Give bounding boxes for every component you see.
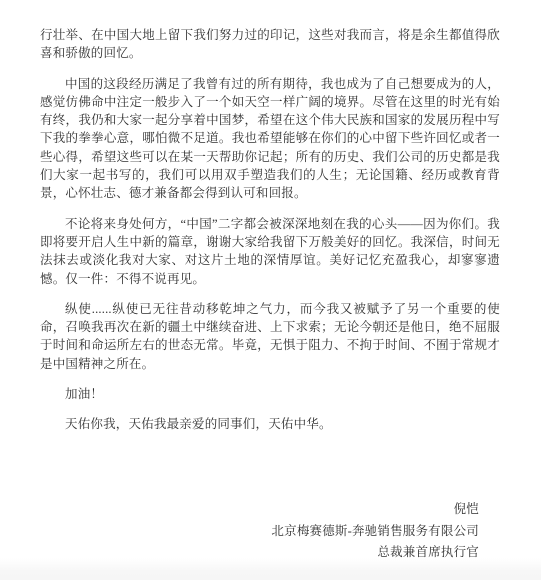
page-bottom-shading bbox=[0, 558, 541, 580]
letter-body: 行壮举、在中国大地上留下我们努力过的印记，这些对我而言，将是余生都值得欣喜和骄傲… bbox=[40, 26, 500, 446]
letter-page: 行壮举、在中国大地上留下我们努力过的印记，这些对我而言，将是余生都值得欣喜和骄傲… bbox=[0, 0, 541, 580]
paragraph-blessing: 天佑你我，天佑我最亲爱的同事们，天佑中华。 bbox=[40, 415, 500, 433]
paragraph-farewell: 不论将来身处何方，“中国”二字都会被深深地刻在我的心头——因为你们。我即将要开启… bbox=[40, 215, 500, 288]
paragraph-china-experience: 中国的这段经历满足了我曾有过的所有期待，我也成为了自己想要成为的人，感觉仿佛命中… bbox=[40, 75, 500, 203]
signature-block: 倪恺 北京梅赛德斯-奔驰销售服务有限公司 总裁兼首席执行官 bbox=[271, 499, 479, 563]
paragraph-new-mission: 纵使......纵使已无往昔动移乾坤之气力，而今我又被赋予了另一个重要的使命，召… bbox=[40, 300, 500, 373]
paragraph-cheer: 加油！ bbox=[40, 385, 500, 403]
signer-company: 北京梅赛德斯-奔驰销售服务有限公司 bbox=[271, 521, 479, 542]
signer-name: 倪恺 bbox=[271, 499, 479, 520]
paragraph-continuation: 行壮举、在中国大地上留下我们努力过的印记，这些对我而言，将是余生都值得欣喜和骄傲… bbox=[40, 26, 500, 63]
